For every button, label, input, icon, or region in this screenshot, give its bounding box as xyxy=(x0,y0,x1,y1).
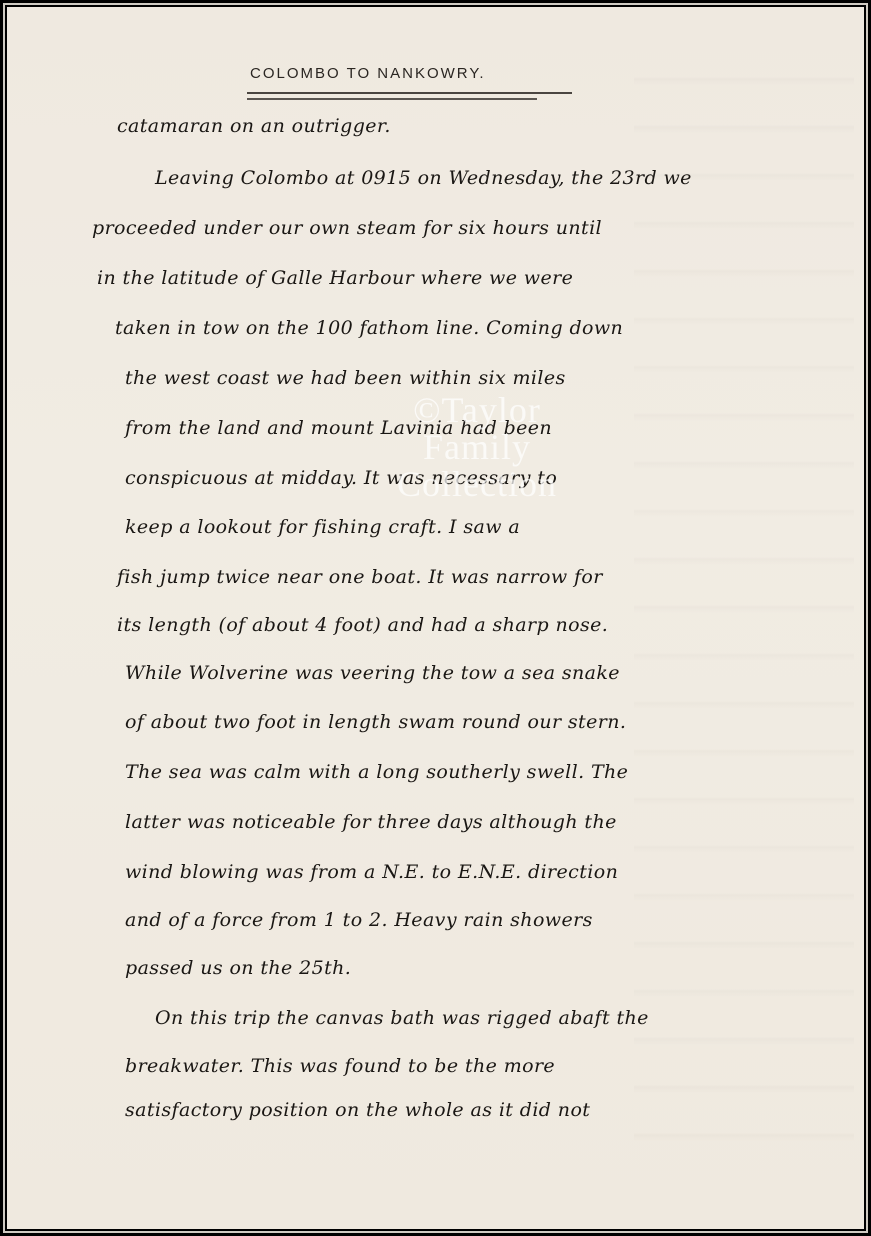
text-line: proceeded under our own steam for six ho… xyxy=(92,217,602,239)
paper-show-through xyxy=(634,37,854,1157)
text-line: taken in tow on the 100 fathom line. Com… xyxy=(115,317,623,339)
text-line: latter was noticeable for three days alt… xyxy=(125,811,617,833)
text-line: keep a lookout for fishing craft. I saw … xyxy=(125,516,520,538)
text-line: the west coast we had been within six mi… xyxy=(125,367,566,389)
title-underline xyxy=(247,92,572,94)
text-line: fish jump twice near one boat. It was na… xyxy=(117,566,603,588)
title-underline-second xyxy=(247,98,537,100)
text-line: While Wolverine was veering the tow a se… xyxy=(125,662,620,684)
text-line: wind blowing was from a N.E. to E.N.E. d… xyxy=(125,861,618,883)
text-line: The sea was calm with a long southerly s… xyxy=(125,761,628,783)
text-line: conspicuous at midday. It was necessary … xyxy=(125,467,557,489)
page-title: COLOMBO TO NANKOWRY. xyxy=(250,65,486,82)
manuscript-page: COLOMBO TO NANKOWRY. catamaran on an out… xyxy=(7,7,864,1229)
text-line: On this trip the canvas bath was rigged … xyxy=(155,1007,649,1029)
text-line: breakwater. This was found to be the mor… xyxy=(125,1055,555,1077)
text-line: from the land and mount Lavinia had been xyxy=(125,417,552,439)
text-line: satisfactory position on the whole as it… xyxy=(125,1099,590,1121)
text-line: passed us on the 25th. xyxy=(125,957,351,979)
text-line: Leaving Colombo at 0915 on Wednesday, th… xyxy=(155,167,692,189)
text-line: its length (of about 4 foot) and had a s… xyxy=(117,614,608,636)
text-line: in the latitude of Galle Harbour where w… xyxy=(97,267,573,289)
text-line: and of a force from 1 to 2. Heavy rain s… xyxy=(125,909,593,931)
text-line: catamaran on an outrigger. xyxy=(117,115,391,137)
text-line: of about two foot in length swam round o… xyxy=(125,711,626,733)
